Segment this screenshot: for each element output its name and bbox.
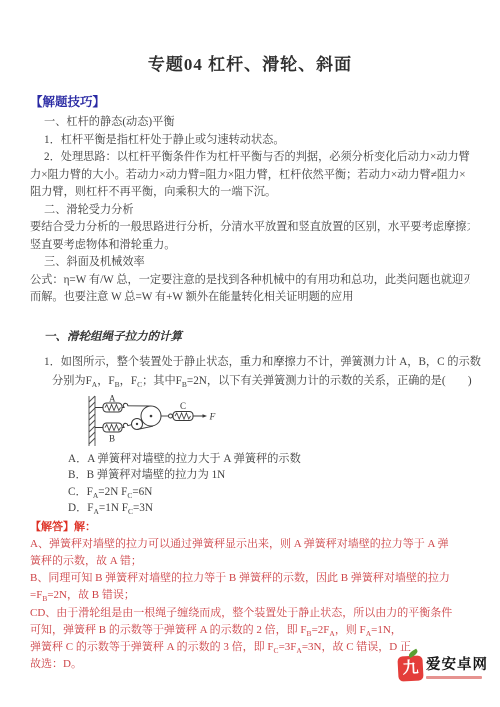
answer-explanation: 【解答】解： A、弹簧秤对墙壁的拉力可以通过弹簧秤显示出来，则 A 弹簧秤对墙壁… [30,519,470,674]
page-title: 专题04 杠杆、滑轮、斜面 [30,0,470,75]
techniques-header: 【解题技巧】 [30,92,470,110]
watermark-subtext [426,676,482,679]
tech-line: 1．杠杆平衡是指杠杆处于静止或匀速转动状态。 [30,132,470,150]
pulley-diagram: A B C F [63,395,223,449]
answer-line: A、弹簧秤对墙壁的拉力可以通过弹簧秤显示出来，则 A 弹簧秤对墙壁的拉力等于 A… [30,536,470,553]
watermark-text: 爱安卓网 [426,658,488,679]
tech-line: 二、滑轮受力分析 [30,202,470,220]
wall-hatching [89,396,95,446]
label-c: C [180,401,186,411]
tech-line: 2．处理思路：以杠杆平衡条件作为杠杆平衡与否的判据，必须分析变化后动力×动力臂和… [30,149,470,167]
pulley-figure: A B C F [63,395,470,449]
spring-scale-b [95,423,128,432]
answer-line: 弹簧秤 C 的示数等于弹簧秤 A 的示数的 3 倍，即 FC=3FA=3N，故 … [30,639,470,656]
option-b: B．B 弹簧秤对墙壁的拉力为 1N [68,467,470,484]
tech-line: 而解。也要注意 W 总=W 有+W 额外在能量转化相关证明题的应用 [30,289,470,307]
label-b: B [109,433,115,443]
answer-line: 簧秤的示数，故 A 错； [30,553,470,570]
answer-line: CD、由于滑轮组是由一根绳子缠绕而成，整个装置处于静止状态，所以由力的平衡条件 [30,605,470,622]
exercise-section-title: 一、滑轮组绳子拉力的计算 [30,327,470,347]
answer-line: B、同理可知 B 弹簧秤对墙壁的拉力等于 B 弹簧秤的示数，因此 B 弹簧秤对墙… [30,570,470,587]
small-pulley [132,418,143,429]
answer-label: 【解答】解： [30,519,470,536]
answer-line: 可知，弹簧秤 B 的示数等于弹簧秤 A 的示数的 2 倍，即 FB=2FA，则 … [30,622,470,639]
label-f: F [209,412,216,422]
answer-line: =FB=2N，故 B 错误； [30,587,470,604]
label-a: A [109,395,116,404]
tech-line: 一、杠杆的静态(动态)平衡 [30,114,470,132]
tech-line: 竖直要考虑物体和滑轮重力。 [30,237,470,255]
tech-line: 阻力臂，则杠杆不再平衡，向乘积大的一端下沉。 [30,184,470,202]
force-arrowhead [203,414,208,418]
spring-scale-c [169,411,206,420]
answer-options: A．A 弹簧秤对墙壁的拉力大于 A 弹簧秤的示数 B．B 弹簧秤对墙壁的拉力为 … [30,451,470,517]
option-a: A．A 弹簧秤对墙壁的拉力大于 A 弹簧秤的示数 [68,451,470,468]
tech-line: 要结合受力分析的一般思路进行分析，分清水平放置和竖直放置的区别，水平要考虑摩擦力… [30,219,470,237]
site-name: 爱安卓网 [426,658,488,674]
question-1: 1．如图所示，整个装置处于静止状态，重力和摩擦力不计，弹簧测力计 A，B，C 的… [30,353,470,391]
option-c: C．FA=2N FC=6N [68,484,470,501]
seal-character: 九 [402,660,419,677]
spring-scale-a [95,403,128,412]
techniques-body: 一、杠杆的静态(动态)平衡 1．杠杆平衡是指杠杆处于静止或匀速转动状态。 2．处… [30,114,470,307]
tech-line: 公式：η=W 有/W 总，一定要注意的是找到各种机械中的有用功和总功，此类问题也… [30,272,470,290]
option-d: D．FA=1N FC=3N [68,500,470,517]
question-text-line: 分别为FA，FB，FC；其中FB=2N，以下有关弹簧测力计的示数的关系，正确的是… [52,372,470,391]
tech-line: 力×阻力臂的大小。若动力×动力臂=阻力×阻力臂，杠杆依然平衡；若动力×动力臂≠阻… [30,167,470,185]
large-pulley [141,406,161,426]
site-watermark-logo: 九 爱安卓网 [398,656,488,681]
document-page: 专题04 杠杆、滑轮、斜面 【解题技巧】 一、杠杆的静态(动态)平衡 1．杠杆平… [0,0,500,707]
seal-icon: 九 [397,655,423,681]
question-text-line: 1．如图所示，整个装置处于静止状态，重力和摩擦力不计，弹簧测力计 A，B，C 的… [30,353,470,372]
tech-line: 三、斜面及机械效率 [30,254,470,272]
